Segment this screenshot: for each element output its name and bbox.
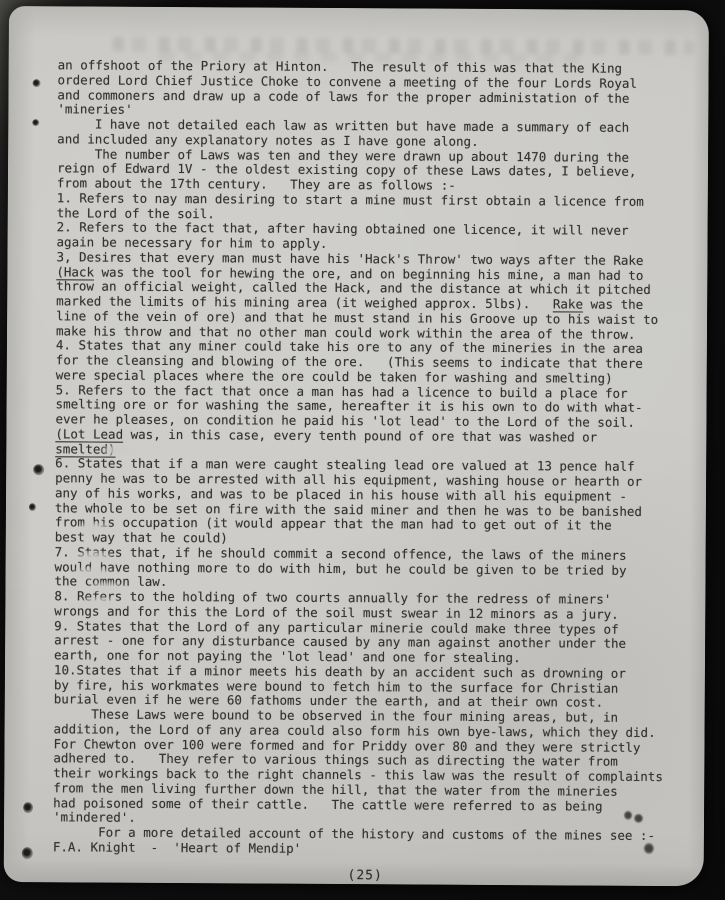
photocopy-fade-smudge [85, 580, 127, 594]
page-number: (25) [53, 866, 678, 885]
photocopy-fade-smudge [68, 565, 116, 580]
ink-speck [22, 847, 33, 859]
ink-smudge [634, 814, 643, 823]
photocopy-fade-smudge [77, 595, 121, 608]
ink-smudge [644, 843, 654, 854]
ink-speck [23, 802, 33, 813]
photocopy-fade-smudge [72, 549, 116, 564]
ink-speck [32, 119, 39, 126]
scanned-page: an offshoot of the Priory at Hinton. The… [4, 6, 709, 886]
ink-smudge [624, 811, 632, 820]
photocopy-fade-smudge [99, 444, 133, 457]
typewritten-text: an offshoot of the Priory at Hinton. The… [53, 58, 683, 858]
ink-speck [29, 503, 36, 511]
ink-speck [33, 464, 44, 475]
ink-speck [33, 79, 41, 87]
photocopy-fade-smudge [76, 520, 112, 533]
